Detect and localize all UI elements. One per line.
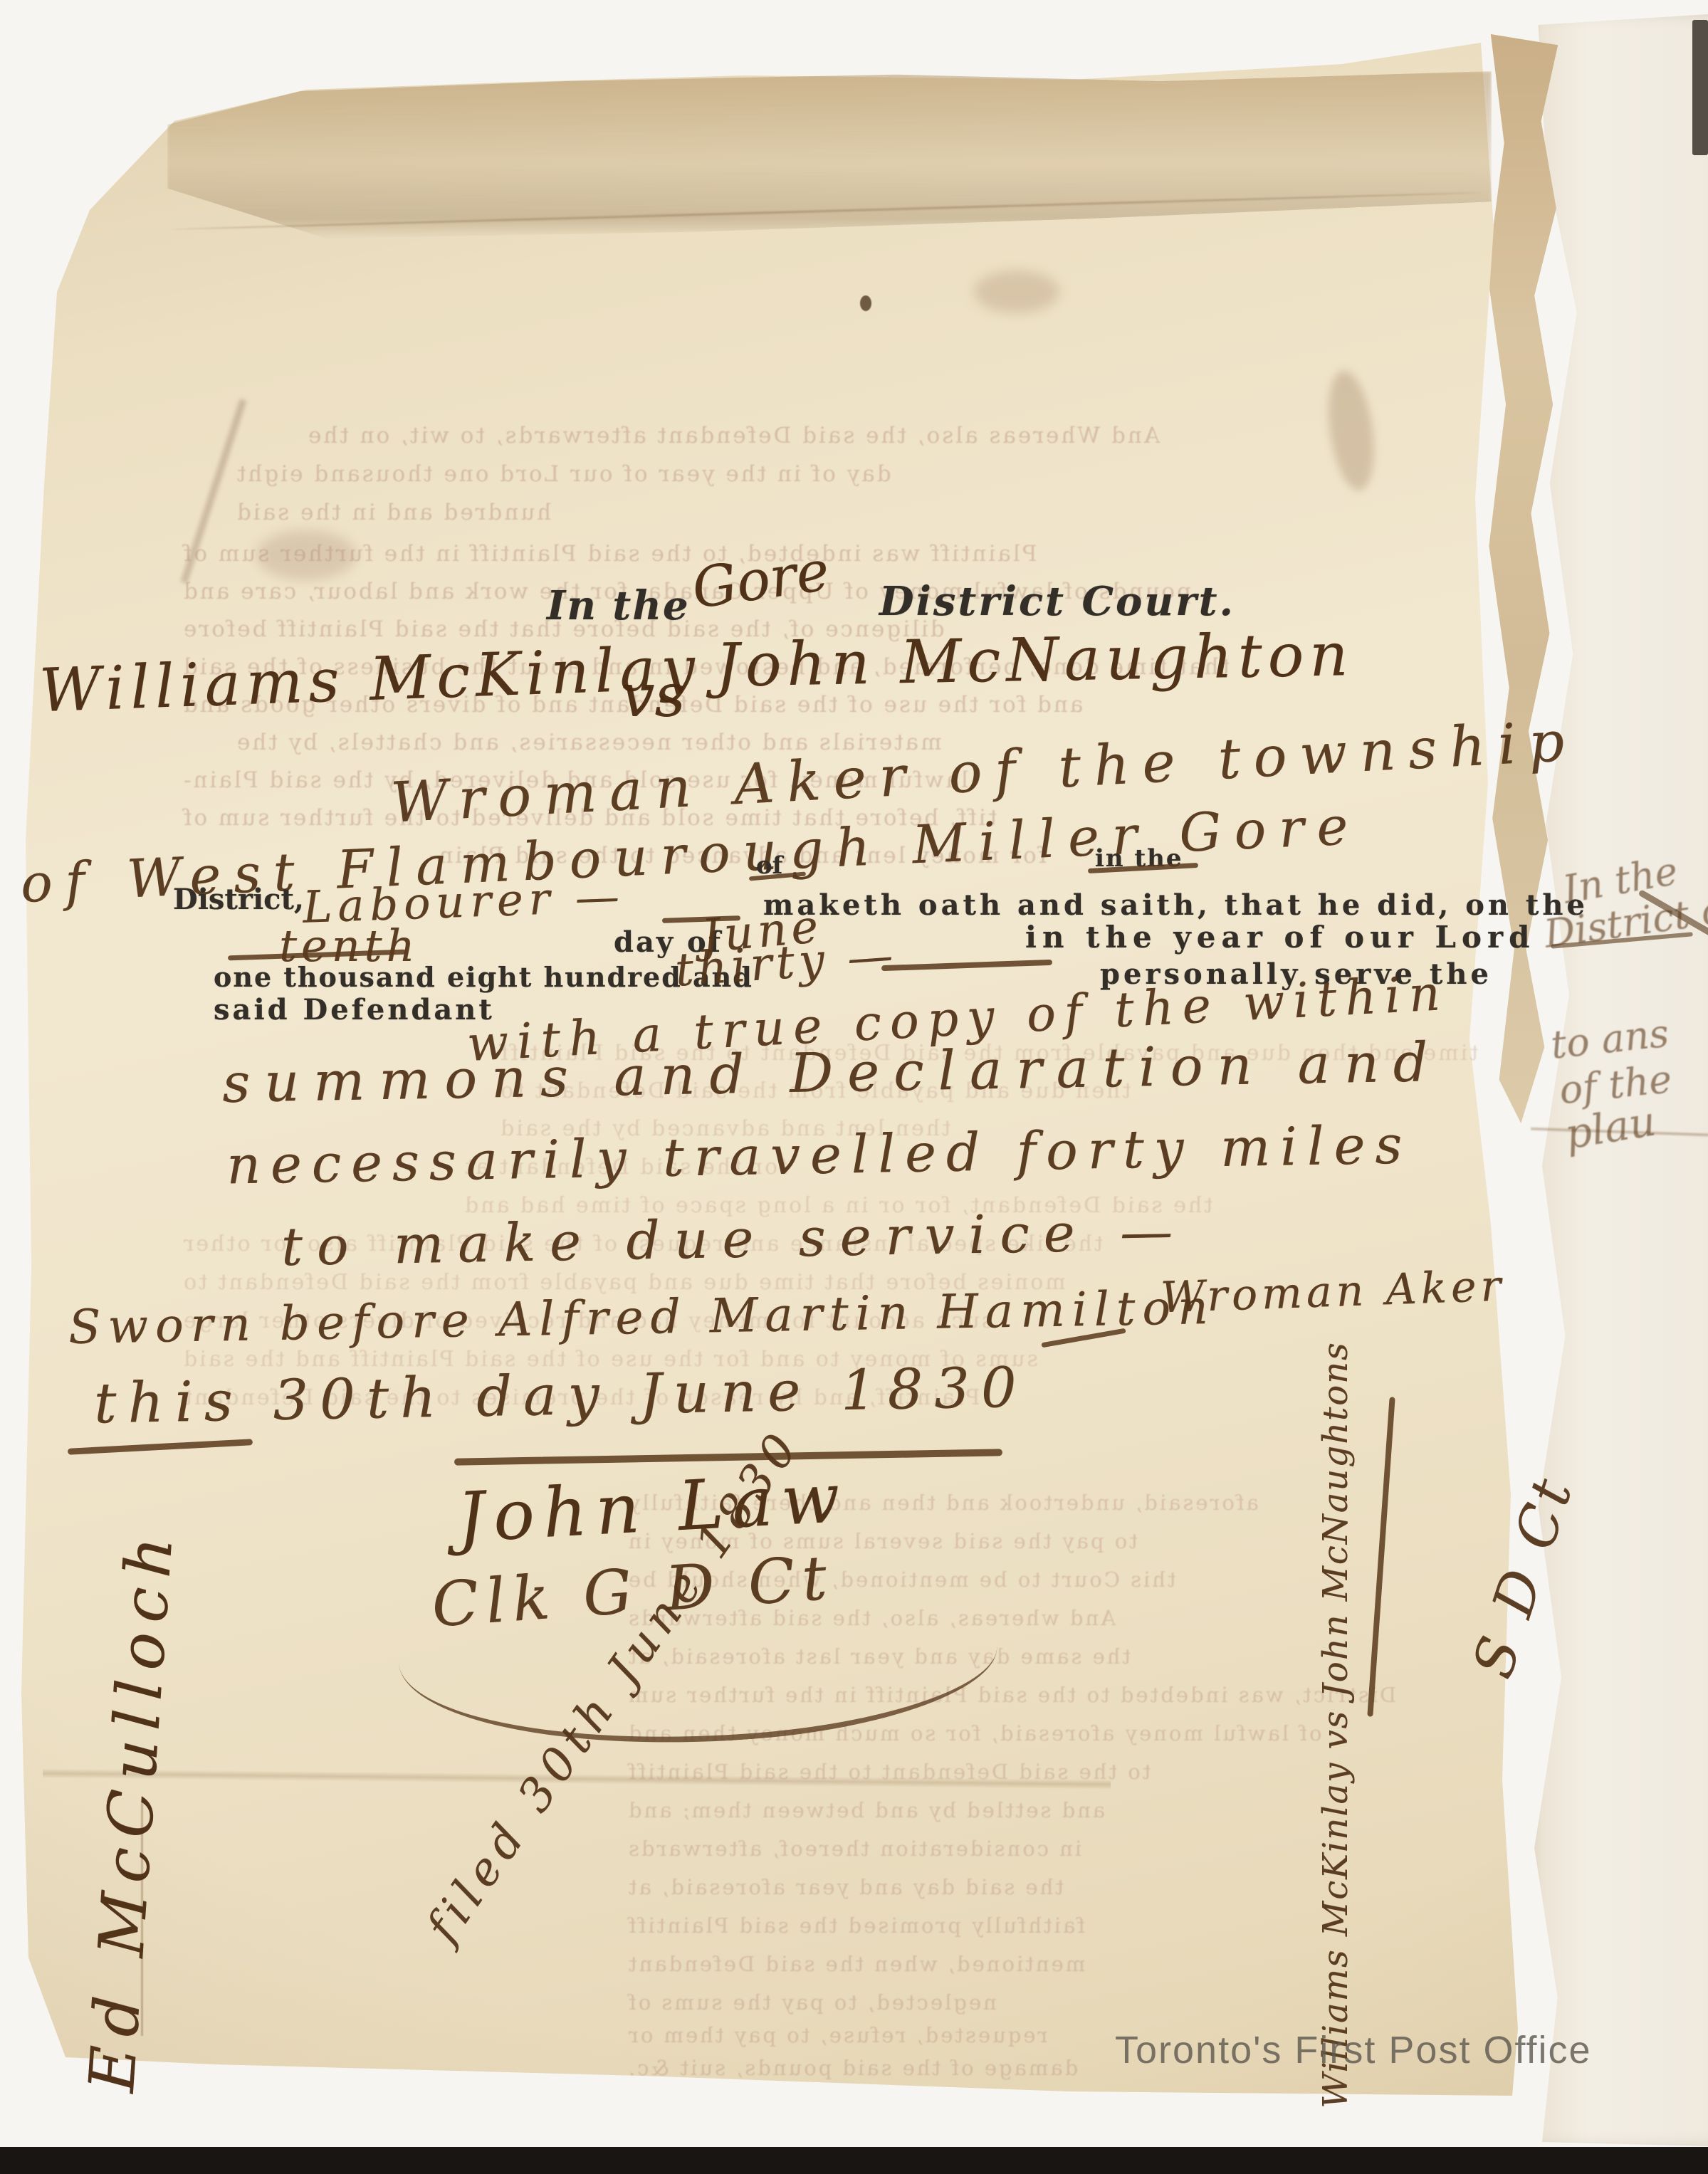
scan-corner-shadow (1692, 20, 1708, 155)
printed-header-in-the: In the (547, 582, 690, 629)
printed-year-of-lord: in the year of our Lord (1025, 920, 1536, 955)
handwritten-docket-names: Williams McKinlay vs John McNaughtons (1316, 1341, 1356, 2109)
bleedthrough-line: requested, refuse, to pay them or (627, 2023, 1047, 2047)
scanned-document: In the District of to ans of the plau An… (0, 0, 1708, 2174)
stain (974, 271, 1059, 313)
handwritten-defendant: John McNaughton (715, 619, 1354, 700)
printed-district: District, (173, 883, 304, 916)
handwritten-vs: vs (621, 661, 686, 730)
printed-header-district-court: District Court. (879, 578, 1235, 625)
watermark-text: Toronto's First Post Office (1115, 2028, 1592, 2072)
scan-edge (0, 2147, 1708, 2174)
torn-paper-strip (1482, 34, 1566, 1123)
bleedthrough-line: mentioned, when the said Defendant (627, 1952, 1085, 1976)
bleedthrough-line: in consideration thereof, afterwards (627, 1837, 1081, 1861)
printed-maketh-oath: maketh oath and saith, that he did, on t… (763, 888, 1588, 922)
bleedthrough-line: the said day and year aforesaid, at (627, 1875, 1064, 1899)
bleedthrough-line: Plaintiff was indebted, to the said Plai… (182, 541, 1037, 567)
bleedthrough-line: neglected, to pay the sums of (627, 1990, 997, 2015)
bleedthrough-line: faithfully promised the said Plaintiff (627, 1913, 1085, 1938)
bleedthrough-line: damage of the said pounds, suit &c. (627, 2056, 1078, 2080)
printed-one-thousand: one thousand eight hundred and (214, 961, 753, 993)
bleedthrough-line: day of in the year of our Lord one thous… (235, 461, 891, 487)
bleedthrough-line: and settled by and between them; and (627, 1798, 1105, 1822)
bleedthrough-line: And Whereas also, the said Defendant aft… (306, 423, 1160, 448)
bleedthrough-line: hundred and in the said (235, 500, 551, 525)
ink-dot (860, 295, 871, 311)
bleedthrough-line: to the said Defendant to the said Plaint… (627, 1760, 1151, 1784)
printed-said-defendant: said Defendant (214, 993, 495, 1026)
